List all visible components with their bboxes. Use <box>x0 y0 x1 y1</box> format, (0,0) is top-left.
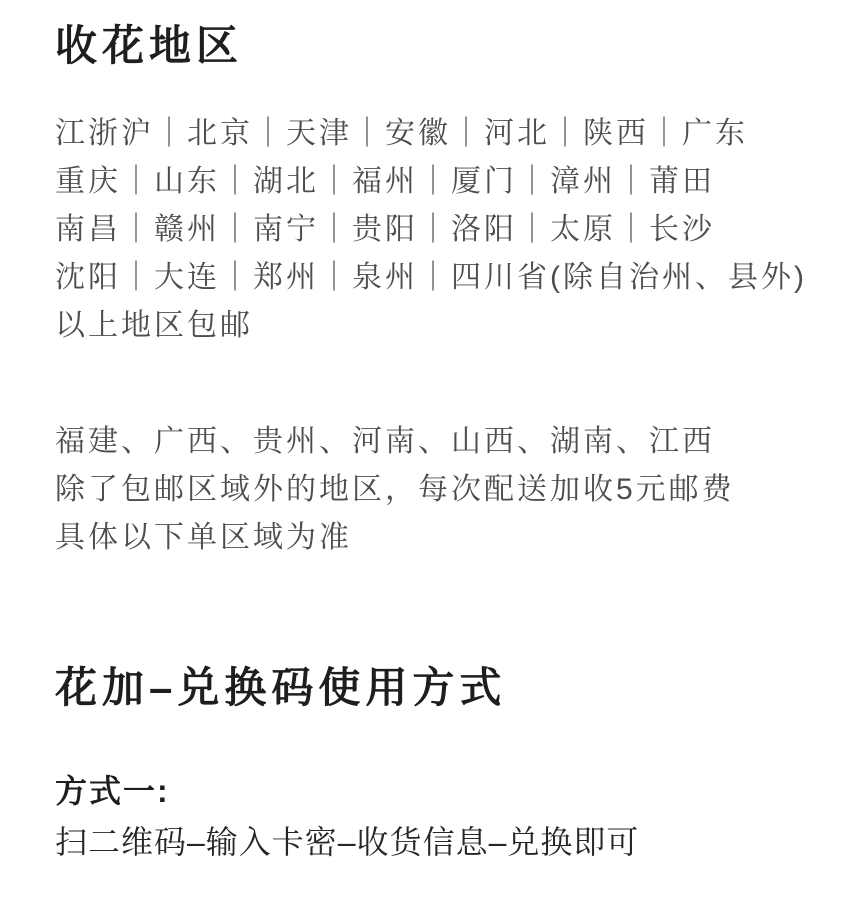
surcharge-line-2: 除了包邮区域外的地区，每次配送加收5元邮费 <box>55 466 818 514</box>
free-shipping-note: 以上地区包邮 <box>55 302 818 350</box>
surcharge-line-1: 福建、广西、贵州、河南、山西、湖南、江西 <box>55 418 818 466</box>
product-description-page: 收花地区 江浙沪｜北京｜天津｜安徽｜河北｜陕西｜广东 重庆｜山东｜湖北｜福州｜厦… <box>0 0 848 916</box>
surcharge-region-note: 福建、广西、贵州、河南、山西、湖南、江西 除了包邮区域外的地区，每次配送加收5元… <box>55 418 818 562</box>
shipping-section-title: 收花地区 <box>55 0 818 70</box>
region-line-4: 沈阳｜大连｜郑州｜泉州｜四川省(除自治州、县外) <box>55 254 818 302</box>
region-line-2: 重庆｜山东｜湖北｜福州｜厦门｜漳州｜莆田 <box>55 158 818 206</box>
method-one-steps: 扫二维码–输入卡密–收货信息–兑换即可 <box>55 818 818 866</box>
method-one-label: 方式一: <box>55 767 818 815</box>
region-line-1: 江浙沪｜北京｜天津｜安徽｜河北｜陕西｜广东 <box>55 110 818 158</box>
region-line-3: 南昌｜赣州｜南宁｜贵阳｜洛阳｜太原｜长沙 <box>55 206 818 254</box>
surcharge-line-3: 具体以下单区域为准 <box>55 514 818 562</box>
redeem-section-title: 花加–兑换码使用方式 <box>55 664 818 712</box>
free-shipping-region-list: 江浙沪｜北京｜天津｜安徽｜河北｜陕西｜广东 重庆｜山东｜湖北｜福州｜厦门｜漳州｜… <box>55 110 818 350</box>
